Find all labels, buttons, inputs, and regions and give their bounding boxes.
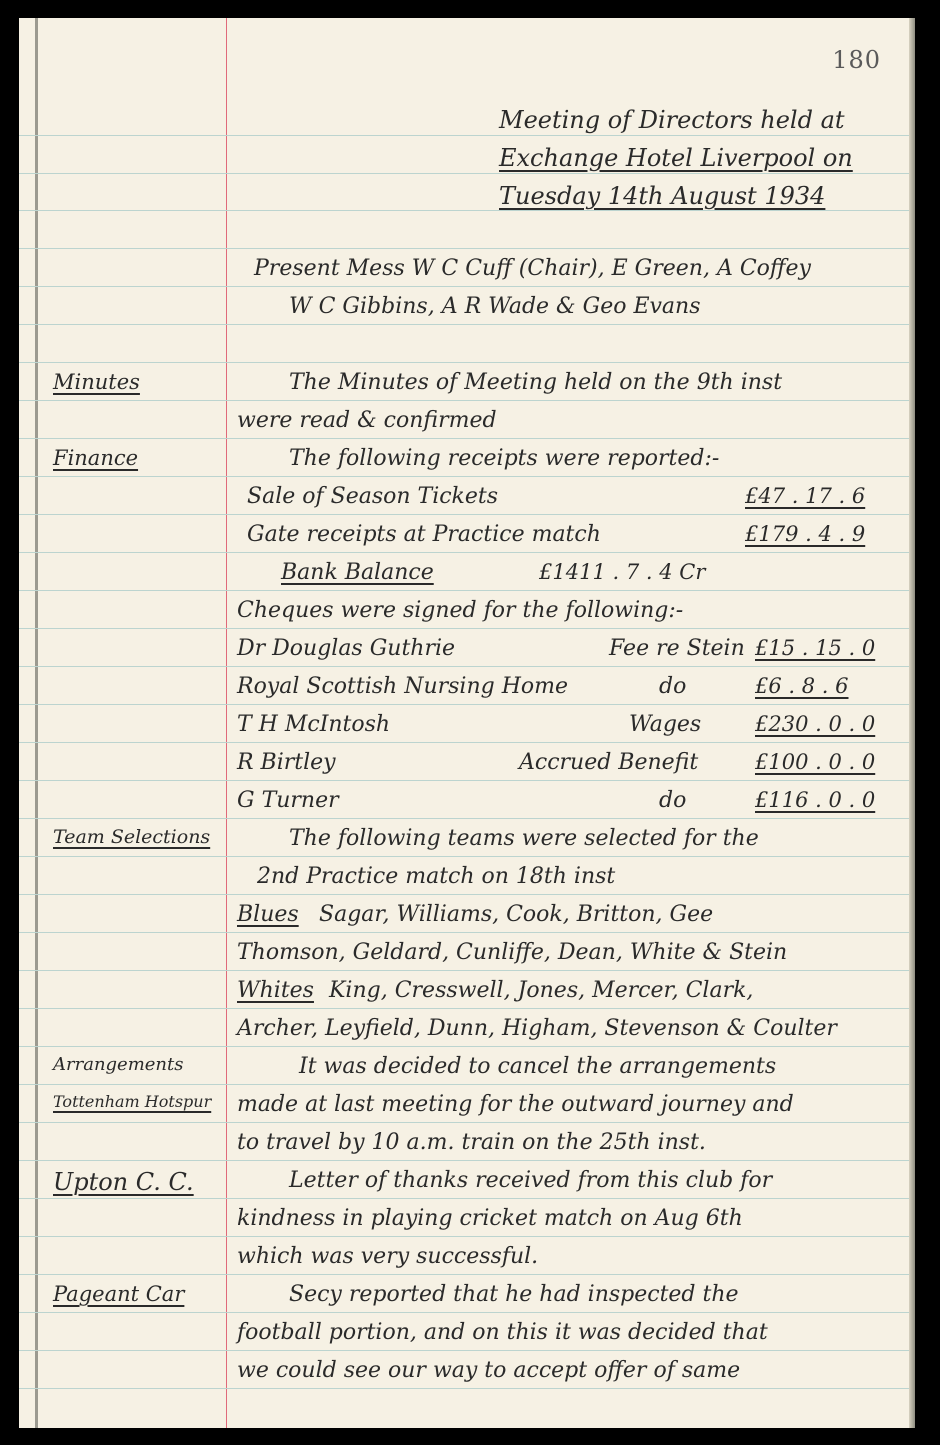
page-edge xyxy=(909,18,915,1428)
cheque-amount: £100 . 0 . 0 xyxy=(755,750,875,774)
whites-line-1: King, Cresswell, Jones, Mercer, Clark, xyxy=(329,978,753,1003)
ruled-line xyxy=(19,135,909,136)
present-line-2: W C Gibbins, A R Wade & Geo Evans xyxy=(289,294,701,319)
cheque-amount: £230 . 0 . 0 xyxy=(755,712,875,736)
minutes-line-2: were read & confirmed xyxy=(237,408,497,433)
ruled-line xyxy=(19,932,909,933)
margin-heading-tottenham: Tottenham Hotspur xyxy=(53,1092,211,1111)
ruled-line xyxy=(19,324,909,325)
receipt-amount: £47 . 17 . 6 xyxy=(745,484,865,508)
ruled-line xyxy=(19,780,909,781)
ruled-line xyxy=(19,590,909,591)
cheque-reason: Wages xyxy=(629,712,701,737)
blues-label: Blues xyxy=(237,902,299,927)
upton-line-2: kindness in playing cricket match on Aug… xyxy=(237,1206,743,1231)
cheque-payee: Dr Douglas Guthrie xyxy=(237,636,455,661)
finance-intro: The following receipts were reported:- xyxy=(289,446,719,471)
binding-edge xyxy=(35,18,38,1428)
ruled-line xyxy=(19,400,909,401)
ruled-line xyxy=(19,210,909,211)
present-line-1: Present Mess W C Cuff (Chair), E Green, … xyxy=(254,256,811,281)
upton-line-1: Letter of thanks received from this club… xyxy=(289,1168,772,1193)
cheque-amount: £6 . 8 . 6 xyxy=(755,674,849,698)
heading-line-2: Exchange Hotel Liverpool on xyxy=(499,144,853,172)
ledger-page: 180 Meeting of Directors held at Exchang… xyxy=(19,18,915,1428)
ruled-line xyxy=(19,476,909,477)
ruled-line xyxy=(19,1274,909,1275)
blues-line-1: Sagar, Williams, Cook, Britton, Gee xyxy=(319,902,713,927)
ruled-line xyxy=(19,1008,909,1009)
team-selections-line-1: The following teams were selected for th… xyxy=(289,826,759,851)
ruled-line xyxy=(19,173,909,174)
arrangements-line-1: It was decided to cancel the arrangement… xyxy=(299,1054,776,1079)
bank-balance-label: Bank Balance xyxy=(281,560,434,585)
ruled-line xyxy=(19,894,909,895)
page-number: 180 xyxy=(832,46,881,74)
margin-heading-team-selections: Team Selections xyxy=(53,826,210,848)
ruled-line xyxy=(19,1122,909,1123)
cheque-payee: R Birtley xyxy=(237,750,336,775)
cheque-amount: £15 . 15 . 0 xyxy=(755,636,875,660)
arrangements-line-3: to travel by 10 a.m. train on the 25th i… xyxy=(237,1130,706,1155)
heading-line-1: Meeting of Directors held at xyxy=(499,106,845,134)
cheque-reason: Accrued Benefit xyxy=(519,750,698,775)
ruled-line xyxy=(19,1236,909,1237)
margin-heading-upton: Upton C. C. xyxy=(53,1168,194,1196)
ruled-line xyxy=(19,1084,909,1085)
ruled-line xyxy=(19,286,909,287)
cheque-reason: Fee re Stein xyxy=(609,636,745,661)
ruled-line xyxy=(19,1388,909,1389)
ruled-line xyxy=(19,704,909,705)
ruled-line xyxy=(19,856,909,857)
margin-heading-pageant: Pageant Car xyxy=(53,1282,184,1306)
arrangements-line-2: made at last meeting for the outward jou… xyxy=(237,1092,794,1117)
receipt-label: Sale of Season Tickets xyxy=(247,484,498,509)
margin-heading-arrangements: Arrangements xyxy=(53,1054,184,1075)
cheque-reason: do xyxy=(659,788,686,813)
margin-heading-minutes: Minutes xyxy=(53,370,140,394)
margin-rule xyxy=(226,18,227,1428)
blues-line-2: Thomson, Geldard, Cunliffe, Dean, White … xyxy=(237,940,787,965)
ruled-line xyxy=(19,514,909,515)
receipt-amount: £179 . 4 . 9 xyxy=(745,522,865,546)
cheque-payee: T H McIntosh xyxy=(237,712,390,737)
ruled-line xyxy=(19,818,909,819)
ruled-line xyxy=(19,970,909,971)
ruled-line xyxy=(19,362,909,363)
margin-heading-finance: Finance xyxy=(53,446,138,470)
ruled-line xyxy=(19,1198,909,1199)
ruled-line xyxy=(19,438,909,439)
cheque-amount: £116 . 0 . 0 xyxy=(755,788,875,812)
ruled-line xyxy=(19,628,909,629)
heading-line-3: Tuesday 14th August 1934 xyxy=(499,182,825,210)
cheques-intro: Cheques were signed for the following:- xyxy=(237,598,683,623)
pageant-line-3: we could see our way to accept offer of … xyxy=(237,1358,740,1383)
ruled-line xyxy=(19,248,909,249)
whites-line-2: Archer, Leyfield, Dunn, Higham, Stevenso… xyxy=(237,1016,837,1041)
pageant-line-2: football portion, and on this it was dec… xyxy=(237,1320,768,1345)
ruled-line xyxy=(19,742,909,743)
ruled-line xyxy=(19,552,909,553)
ruled-line xyxy=(19,1350,909,1351)
cheque-reason: do xyxy=(659,674,686,699)
cheque-payee: Royal Scottish Nursing Home xyxy=(237,674,568,699)
ruled-line xyxy=(19,1160,909,1161)
pageant-line-1: Secy reported that he had inspected the xyxy=(289,1282,739,1307)
ruled-line xyxy=(19,1046,909,1047)
cheque-payee: G Turner xyxy=(237,788,339,813)
bank-balance-amount: £1411 . 7 . 4 Cr xyxy=(539,560,705,584)
whites-label: Whites xyxy=(237,978,314,1003)
ruled-line xyxy=(19,1312,909,1313)
ruled-line xyxy=(19,666,909,667)
upton-line-3: which was very successful. xyxy=(237,1244,538,1269)
team-selections-line-2: 2nd Practice match on 18th inst xyxy=(257,864,615,889)
minutes-line-1: The Minutes of Meeting held on the 9th i… xyxy=(289,370,782,395)
receipt-label: Gate receipts at Practice match xyxy=(247,522,601,547)
